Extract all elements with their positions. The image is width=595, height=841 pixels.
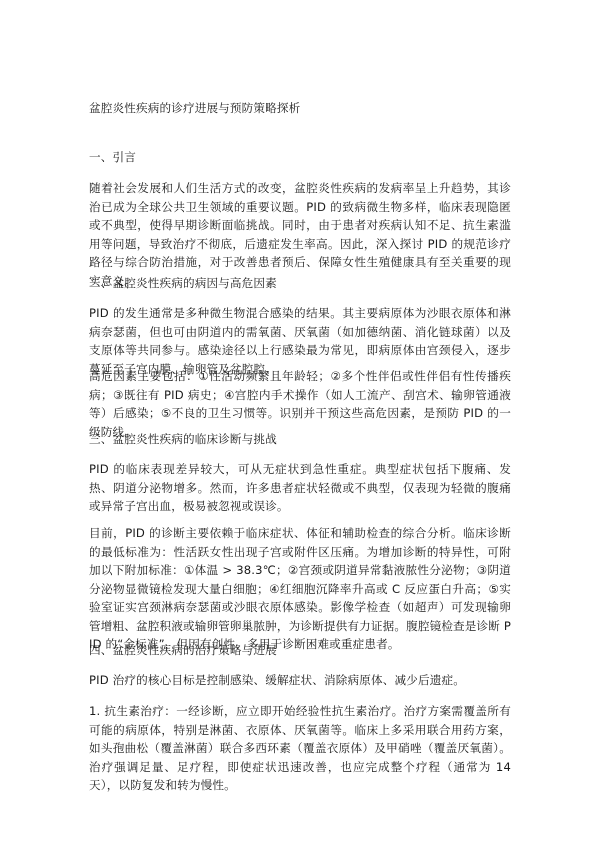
section-heading-treatment: 四、盆腔炎性疾病的治疗策略与进展 <box>89 641 511 660</box>
paragraph: 1. 抗生素治疗：一经诊断，应立即开始经验性抗生素治疗。治疗方案需覆盖所有可能的… <box>89 702 511 795</box>
document-title: 盆腔炎性疾病的诊疗进展与预防策略探析 <box>89 99 511 118</box>
section-heading-introduction: 一、引言 <box>89 148 511 167</box>
paragraph: PID 的临床表现差异较大，可从无症状到急性重症。典型症状包括下腹痛、发热、阴道… <box>89 460 511 516</box>
paragraph: 目前，PID 的诊断主要依赖于临床症状、体征和辅助检查的综合分析。临床诊断的最低… <box>89 524 511 654</box>
section-heading-etiology: 二、盆腔炎性疾病的病因与高危因素 <box>89 274 511 293</box>
section-heading-diagnosis: 三、盆腔炎性疾病的临床诊断与挑战 <box>89 430 511 449</box>
paragraph: PID 治疗的核心目标是控制感染、缓解症状、消除病原体、减少后遗症。 <box>89 671 511 690</box>
